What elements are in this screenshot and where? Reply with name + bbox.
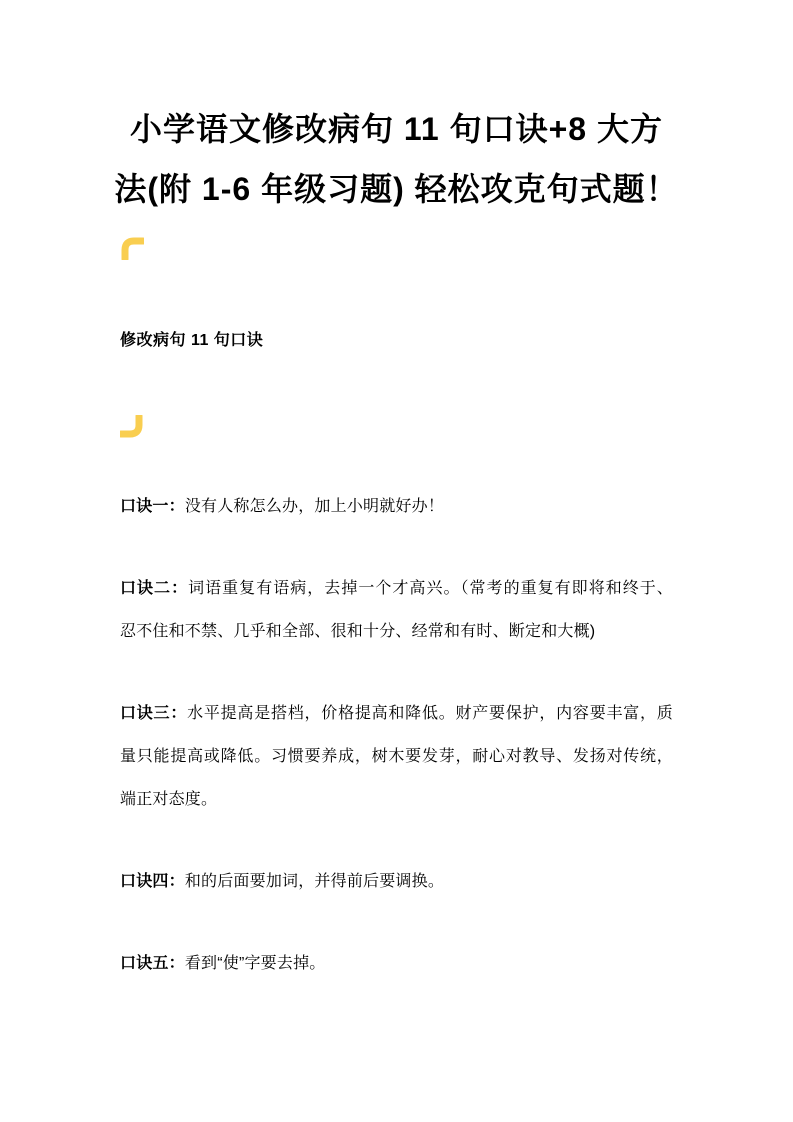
tip-text: 词语重复有语病，去掉一个才高兴。（常考的重复有即将和终于、	[188, 580, 673, 597]
tip-text: 看到“使”字要去掉。	[185, 955, 326, 972]
tip-line: 口诀一：没有人称怎么办，加上小明就好办！	[120, 485, 673, 528]
tip-text: 和的后面要加词，并得前后要调换。	[185, 873, 444, 890]
section-heading: 修改病句 11 句口诀	[120, 327, 263, 350]
tip-label: 口诀四：	[120, 873, 185, 890]
document-title: 小学语文修改病句 11 句口诀+8 大方 法(附 1-6 年级习题) 轻松攻克句…	[60, 99, 733, 219]
tip-line: 口诀五：看到“使”字要去掉。	[120, 942, 673, 985]
tip-label: 口诀五：	[120, 955, 185, 972]
tip-label: 口诀一：	[120, 498, 185, 515]
corner-bracket-open-icon	[121, 237, 144, 260]
corner-bracket-close-icon	[120, 415, 143, 438]
tip-text: 没有人称怎么办，加上小明就好办！	[185, 498, 444, 515]
tip-line: 口诀四：和的后面要加词，并得前后要调换。	[120, 860, 673, 903]
tip-line: 端正对态度。	[120, 778, 673, 821]
title-line-1: 小学语文修改病句 11 句口诀+8 大方	[60, 99, 733, 159]
tip-paragraph-2: 口诀二：词语重复有语病，去掉一个才高兴。（常考的重复有即将和终于、 忍不住和不禁…	[120, 567, 673, 653]
tip-paragraph-4: 口诀四：和的后面要加词，并得前后要调换。	[120, 860, 673, 903]
tip-label: 口诀二：	[120, 580, 188, 597]
document-page: 小学语文修改病句 11 句口诀+8 大方 法(附 1-6 年级习题) 轻松攻克句…	[0, 0, 793, 1122]
tip-paragraph-3: 口诀三：水平提高是搭档，价格提高和降低。财产要保护，内容要丰富，质 量只能提高或…	[120, 692, 673, 821]
tip-label: 口诀三：	[120, 705, 187, 722]
tip-line: 口诀二：词语重复有语病，去掉一个才高兴。（常考的重复有即将和终于、	[120, 567, 673, 610]
tip-line: 口诀三：水平提高是搭档，价格提高和降低。财产要保护，内容要丰富，质	[120, 692, 673, 735]
tip-line: 忍不住和不禁、几乎和全部、很和十分、经常和有时、断定和大概)	[120, 610, 673, 653]
tip-text: 水平提高是搭档，价格提高和降低。财产要保护，内容要丰富，质	[187, 705, 673, 722]
tip-paragraph-1: 口诀一：没有人称怎么办，加上小明就好办！	[120, 485, 673, 528]
tip-line: 量只能提高或降低。习惯要养成，树木要发芽，耐心对教导、发扬对传统，	[120, 735, 673, 778]
tip-paragraph-5: 口诀五：看到“使”字要去掉。	[120, 942, 673, 985]
title-line-2: 法(附 1-6 年级习题) 轻松攻克句式题！	[60, 159, 733, 219]
